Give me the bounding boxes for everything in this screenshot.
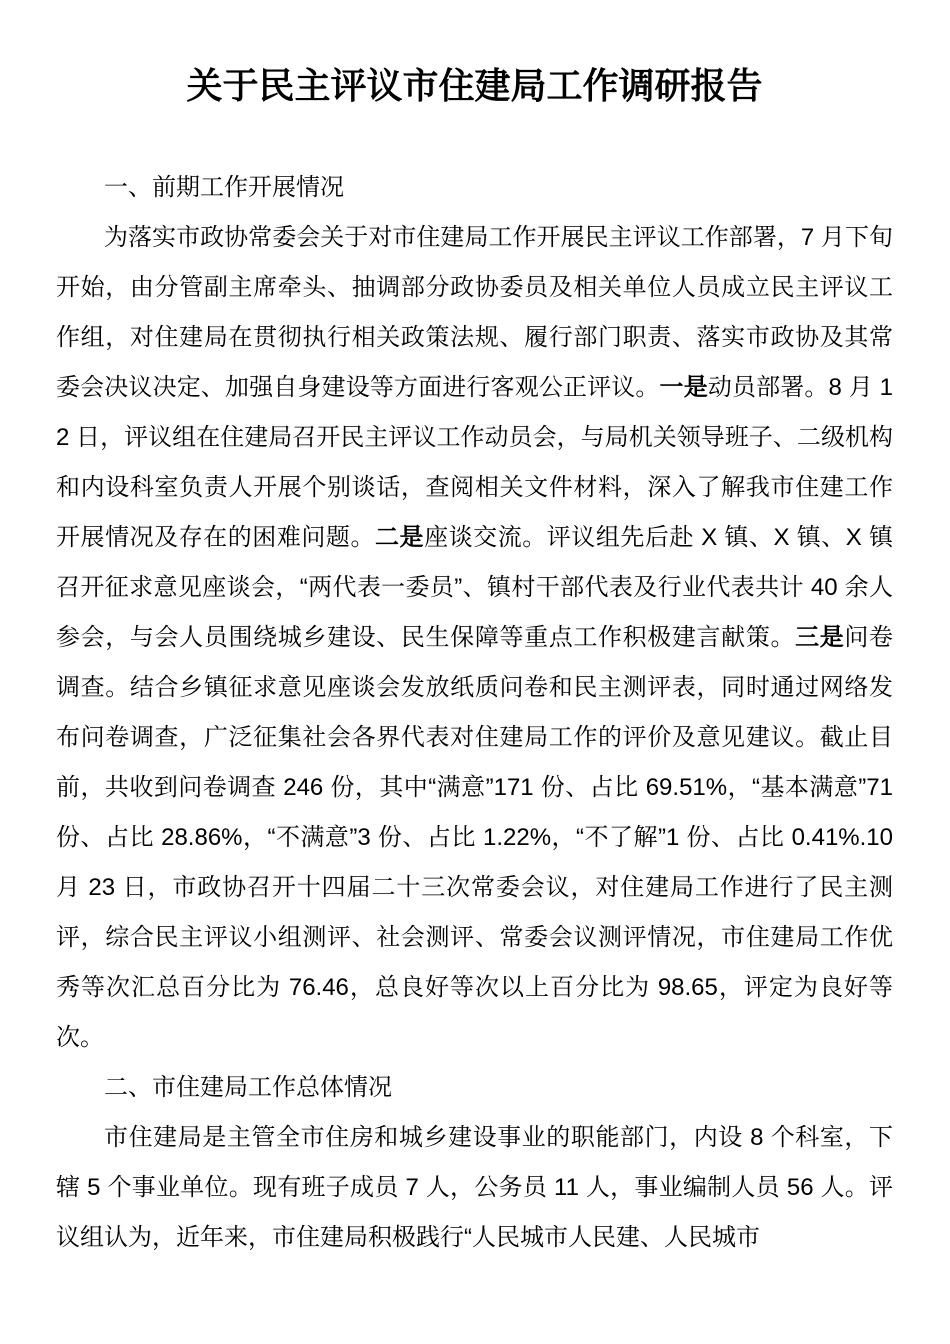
emphasis-run: 二是: [375, 524, 424, 551]
section-2: 二、市住建局工作总体情况 市住建局是主管全市住房和城乡建设事业的职能部门，内设 …: [56, 1063, 893, 1263]
text-run: 问卷调查。结合乡镇征求意见座谈会发放纸质问卷和民主测评表，同时通过网络发布问卷调…: [56, 624, 893, 1051]
section-1: 一、前期工作开展情况 为落实市政协常委会关于对市住建局工作开展民主评议工作部署，…: [56, 163, 893, 1063]
text-run: 市住建局是主管全市住房和城乡建设事业的职能部门，内设 8 个科室，下辖 5 个事…: [56, 1124, 893, 1251]
section-2-paragraph-1: 市住建局是主管全市住房和城乡建设事业的职能部门，内设 8 个科室，下辖 5 个事…: [56, 1113, 893, 1263]
section-1-paragraph-1: 为落实市政协常委会关于对市住建局工作开展民主评议工作部署，7 月下旬开始，由分管…: [56, 213, 893, 1063]
emphasis-run: 三是: [795, 624, 844, 651]
emphasis-run: 一是: [660, 374, 708, 401]
document-page: 关于民主评议市住建局工作调研报告 一、前期工作开展情况 为落实市政协常委会关于对…: [0, 0, 950, 1344]
document-title: 关于民主评议市住建局工作调研报告: [56, 62, 893, 110]
section-2-heading: 二、市住建局工作总体情况: [56, 1063, 893, 1113]
section-1-heading: 一、前期工作开展情况: [56, 163, 893, 213]
